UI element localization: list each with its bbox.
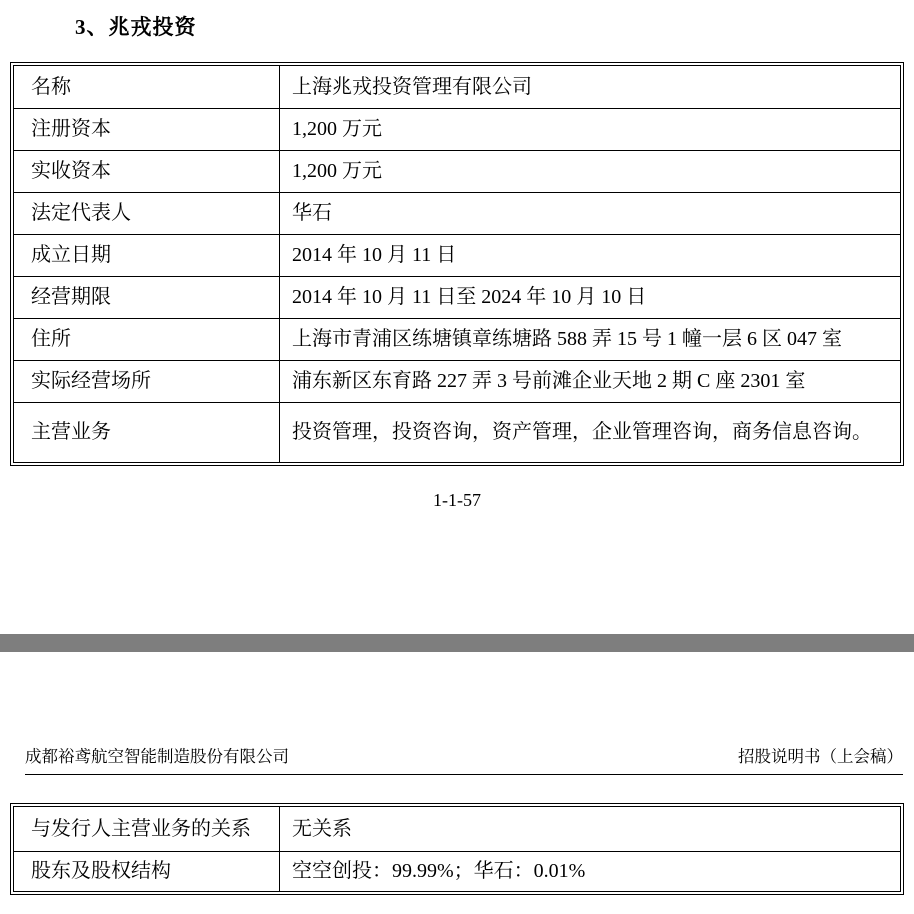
table-row: 成立日期 2014 年 10 月 11 日 — [14, 234, 900, 276]
row-value: 2014 年 10 月 11 日至 2024 年 10 月 10 日 — [280, 277, 900, 318]
page-number: 1-1-57 — [0, 490, 914, 511]
row-label: 主营业务 — [14, 403, 280, 462]
table-row: 经营期限 2014 年 10 月 11 日至 2024 年 10 月 10 日 — [14, 276, 900, 318]
row-label: 实际经营场所 — [14, 361, 280, 402]
row-label: 与发行人主营业务的关系 — [14, 807, 280, 851]
row-value: 无关系 — [280, 807, 900, 851]
row-label: 法定代表人 — [14, 193, 280, 234]
row-label: 名称 — [14, 66, 280, 108]
table-row: 住所 上海市青浦区练塘镇章练塘路 588 弄 15 号 1 幢一层 6 区 04… — [14, 318, 900, 360]
running-header: 成都裕鸢航空智能制造股份有限公司 招股说明书（上会稿） — [25, 743, 903, 775]
section-heading: 3、兆戎投资 — [75, 11, 197, 41]
relation-table: 与发行人主营业务的关系 无关系 股东及股权结构 空空创投：99.99%；华石：0… — [10, 803, 904, 895]
row-value: 浦东新区东育路 227 弄 3 号前滩企业天地 2 期 C 座 2301 室 — [280, 361, 900, 402]
header-document-type: 招股说明书（上会稿） — [738, 743, 903, 767]
table-row: 与发行人主营业务的关系 无关系 — [14, 807, 900, 851]
row-value: 上海兆戎投资管理有限公司 — [280, 66, 900, 108]
row-label: 经营期限 — [14, 277, 280, 318]
row-value: 投资管理，投资咨询，资产管理，企业管理咨询，商务信息咨询。 — [280, 403, 900, 462]
row-value: 1,200 万元 — [280, 151, 900, 192]
table-row: 注册资本 1,200 万元 — [14, 108, 900, 150]
row-value: 华石 — [280, 193, 900, 234]
row-value: 1,200 万元 — [280, 109, 900, 150]
table-row: 主营业务 投资管理，投资咨询，资产管理，企业管理咨询，商务信息咨询。 — [14, 402, 900, 462]
row-value: 空空创投：99.99%；华石：0.01% — [280, 852, 900, 891]
table-row: 实收资本 1,200 万元 — [14, 150, 900, 192]
company-info-table: 名称 上海兆戎投资管理有限公司 注册资本 1,200 万元 实收资本 1,200… — [10, 62, 904, 466]
page-separator-bar — [0, 634, 914, 652]
row-value: 2014 年 10 月 11 日 — [280, 235, 900, 276]
table-row: 名称 上海兆戎投资管理有限公司 — [14, 66, 900, 108]
table-row: 法定代表人 华石 — [14, 192, 900, 234]
row-label: 注册资本 — [14, 109, 280, 150]
row-label: 实收资本 — [14, 151, 280, 192]
table-row: 股东及股权结构 空空创投：99.99%；华石：0.01% — [14, 851, 900, 891]
row-label: 住所 — [14, 319, 280, 360]
row-value: 上海市青浦区练塘镇章练塘路 588 弄 15 号 1 幢一层 6 区 047 室 — [280, 319, 900, 360]
header-company-name: 成都裕鸢航空智能制造股份有限公司 — [25, 743, 289, 767]
row-label: 成立日期 — [14, 235, 280, 276]
table-row: 实际经营场所 浦东新区东育路 227 弄 3 号前滩企业天地 2 期 C 座 2… — [14, 360, 900, 402]
row-label: 股东及股权结构 — [14, 852, 280, 891]
